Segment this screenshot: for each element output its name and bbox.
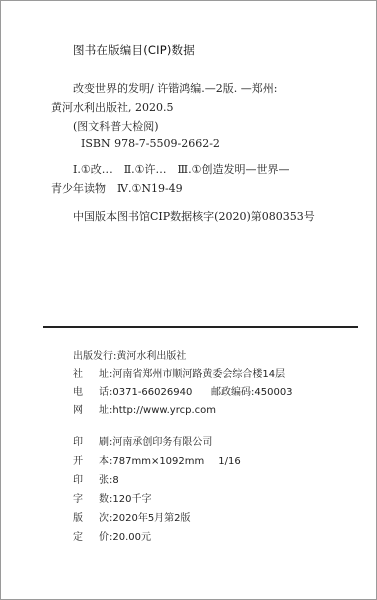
sheets-label-a: 印 xyxy=(73,471,99,486)
cip-record-number: 中国版本图书馆CIP数据核字(2020)第080353号 xyxy=(73,208,315,224)
publisher-label: 出版发行: xyxy=(73,351,116,362)
phone-label-b: 话: xyxy=(99,387,112,398)
imprint-address: 社址:河南省郑州市顺河路黄委会综合楼14层 xyxy=(73,365,285,380)
website-label-a: 网 xyxy=(73,401,99,416)
cip-classification-line-1: Ⅰ.①改… Ⅱ.①许… Ⅲ.①创造发明—世界— xyxy=(73,161,290,177)
price-label-b: 价: xyxy=(99,532,112,543)
phone-value: 0371-66026940 xyxy=(112,387,192,398)
publisher-value: 黄河水利出版社 xyxy=(116,351,186,362)
price-value: 20.00元 xyxy=(112,532,151,543)
imprint-sheets: 印张:8 xyxy=(73,471,119,486)
imprint-words: 字数:120千字 xyxy=(73,490,151,505)
words-label-a: 字 xyxy=(73,490,99,505)
imprint-phone: 电话:0371-66026940 xyxy=(73,383,192,398)
imprint-printer: 印刷:河南承创印务有限公司 xyxy=(73,433,212,448)
website-label-b: 址: xyxy=(99,405,112,416)
sheets-label-b: 张: xyxy=(99,475,112,486)
imprint-edition: 版次:2020年5月第2版 xyxy=(73,509,191,524)
format-fraction: 1/16 xyxy=(218,456,240,467)
cip-classification-line-2: 青少年读物 Ⅳ.①N19-49 xyxy=(51,180,183,196)
format-label-a: 开 xyxy=(73,452,99,467)
imprint-postcode: 邮政编码:450003 xyxy=(211,383,293,398)
postcode-value: 450003 xyxy=(254,387,292,398)
address-value: 河南省郑州市顺河路黄委会综合楼14层 xyxy=(112,369,285,380)
printer-label-a: 印 xyxy=(73,433,99,448)
cip-heading: 图书在版编目(CIP)数据 xyxy=(73,42,195,58)
words-value: 120千字 xyxy=(112,494,151,505)
edition-value: 2020年5月第2版 xyxy=(112,513,190,524)
edition-label-b: 次: xyxy=(99,513,112,524)
copyright-page: 图书在版编目(CIP)数据 改变世界的发明/ 许锴鸿编.—2版. —郑州: 黄河… xyxy=(0,0,377,600)
divider-rule xyxy=(43,326,358,328)
format-label-b: 本: xyxy=(99,456,112,467)
price-label-a: 定 xyxy=(73,528,99,543)
imprint-price: 定价:20.00元 xyxy=(73,528,151,543)
cip-series-line: (图文科普大检阅) xyxy=(73,118,159,134)
imprint-website: 网址:http://www.yrcp.com xyxy=(73,401,216,416)
postcode-label: 邮政编码: xyxy=(211,387,254,398)
cip-isbn-line: ISBN 978-7-5509-2662-2 xyxy=(81,137,220,150)
website-value: http://www.yrcp.com xyxy=(112,405,216,416)
address-label-b: 址: xyxy=(99,369,112,380)
printer-label-b: 刷: xyxy=(99,437,112,448)
imprint-publisher: 出版发行:黄河水利出版社 xyxy=(73,347,186,362)
edition-label-a: 版 xyxy=(73,509,99,524)
format-value: 787mm×1092mm xyxy=(112,456,204,467)
sheets-value: 8 xyxy=(112,475,118,486)
cip-title-line: 改变世界的发明/ 许锴鸿编.—2版. —郑州: xyxy=(73,80,277,96)
cip-publisher-line: 黄河水利出版社, 2020.5 xyxy=(51,99,173,115)
imprint-format: 开本:787mm×1092mm1/16 xyxy=(73,452,241,467)
address-label-a: 社 xyxy=(73,365,99,380)
printer-value: 河南承创印务有限公司 xyxy=(112,437,212,448)
words-label-b: 数: xyxy=(99,494,112,505)
phone-label-a: 电 xyxy=(73,383,99,398)
